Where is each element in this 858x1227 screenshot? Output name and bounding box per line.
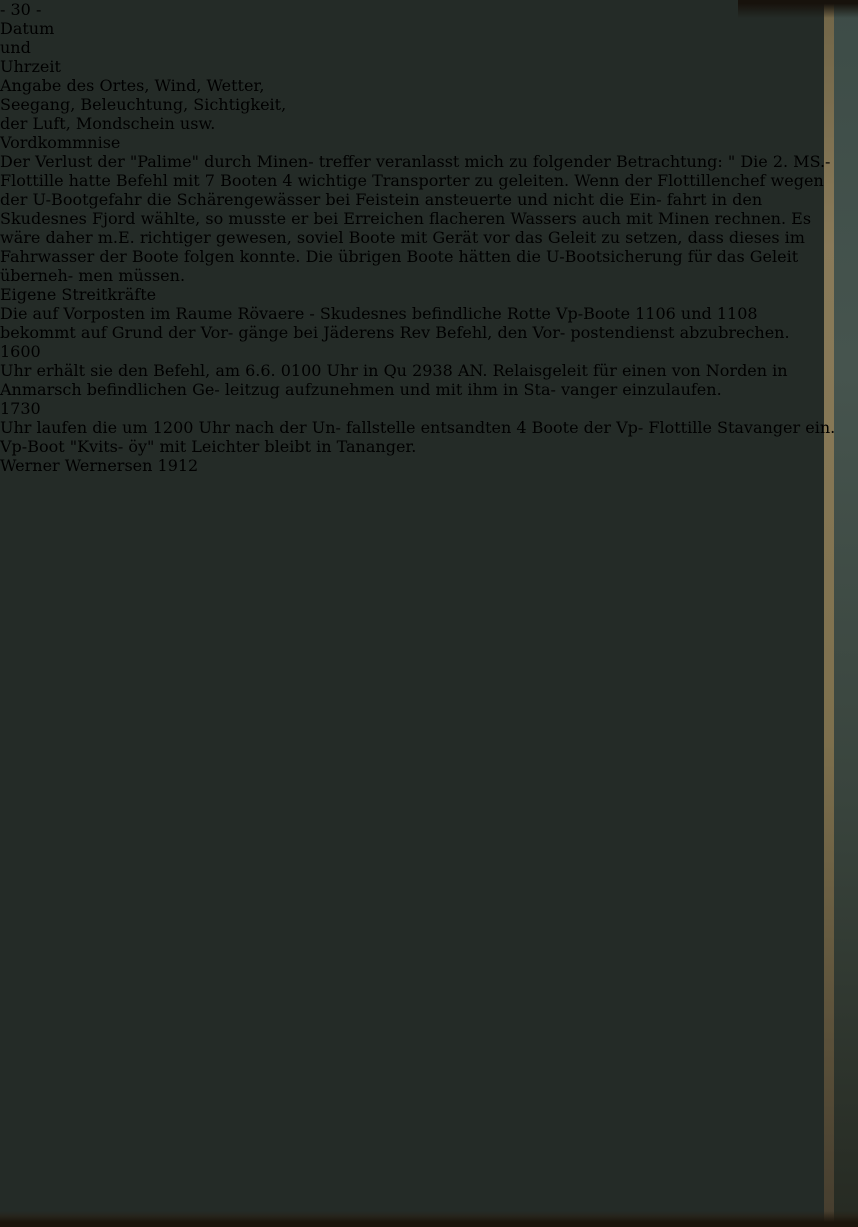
header-angabe-des-ortes: Angabe des Ortes, Wind, Wetter, Seegang,… <box>0 76 838 133</box>
header-datum: Datum <box>0 19 838 38</box>
entry-time-1730: 1730 <box>0 399 838 418</box>
diary-paper-sheet: - 30 - Datum und Uhrzeit Angabe des Orte… <box>0 0 838 1227</box>
header-angabe-line2: Seegang, Beleuchtung, Sichtigkeit, <box>0 95 838 114</box>
page-number: - 30 - <box>0 0 838 19</box>
entry-relaisgeleit: Uhr erhält sie den Befehl, am 6.6. 0100 … <box>0 361 838 399</box>
entry-time-1600: 1600 <box>0 342 838 361</box>
side-label-eigene-streitkraefte: Eigene Streitkräfte <box>0 285 838 304</box>
entry-vorposten-rotte: Die auf Vorposten im Raume Rövaere - Sku… <box>0 304 838 342</box>
page-number-value: 30 <box>11 0 31 19</box>
header-vorkommnisse: Vordkommnise <box>0 133 838 152</box>
header-angabe-line3: der Luft, Mondschein usw. <box>0 114 838 133</box>
header-datum-uhrzeit: Datum und Uhrzeit <box>0 19 838 76</box>
header-uhrzeit: Uhrzeit <box>0 57 838 76</box>
page-number-dash-right: - <box>36 0 41 19</box>
page-number-dash-left: - <box>0 0 5 19</box>
entry-palime-reflection: Der Verlust der "Palime" durch Minen- tr… <box>0 152 838 285</box>
paper-watermark: Werner Wernersen 1912 <box>0 456 838 475</box>
header-und: und <box>0 38 838 57</box>
entry-vp-flottille-stavanger: Uhr laufen die um 1200 Uhr nach der Un- … <box>0 418 838 456</box>
scanned-war-diary-page: - 30 - Datum und Uhrzeit Angabe des Orte… <box>0 0 858 1227</box>
header-angabe-line1: Angabe des Ortes, Wind, Wetter, <box>0 76 838 95</box>
bottom-shadow <box>0 1211 858 1227</box>
